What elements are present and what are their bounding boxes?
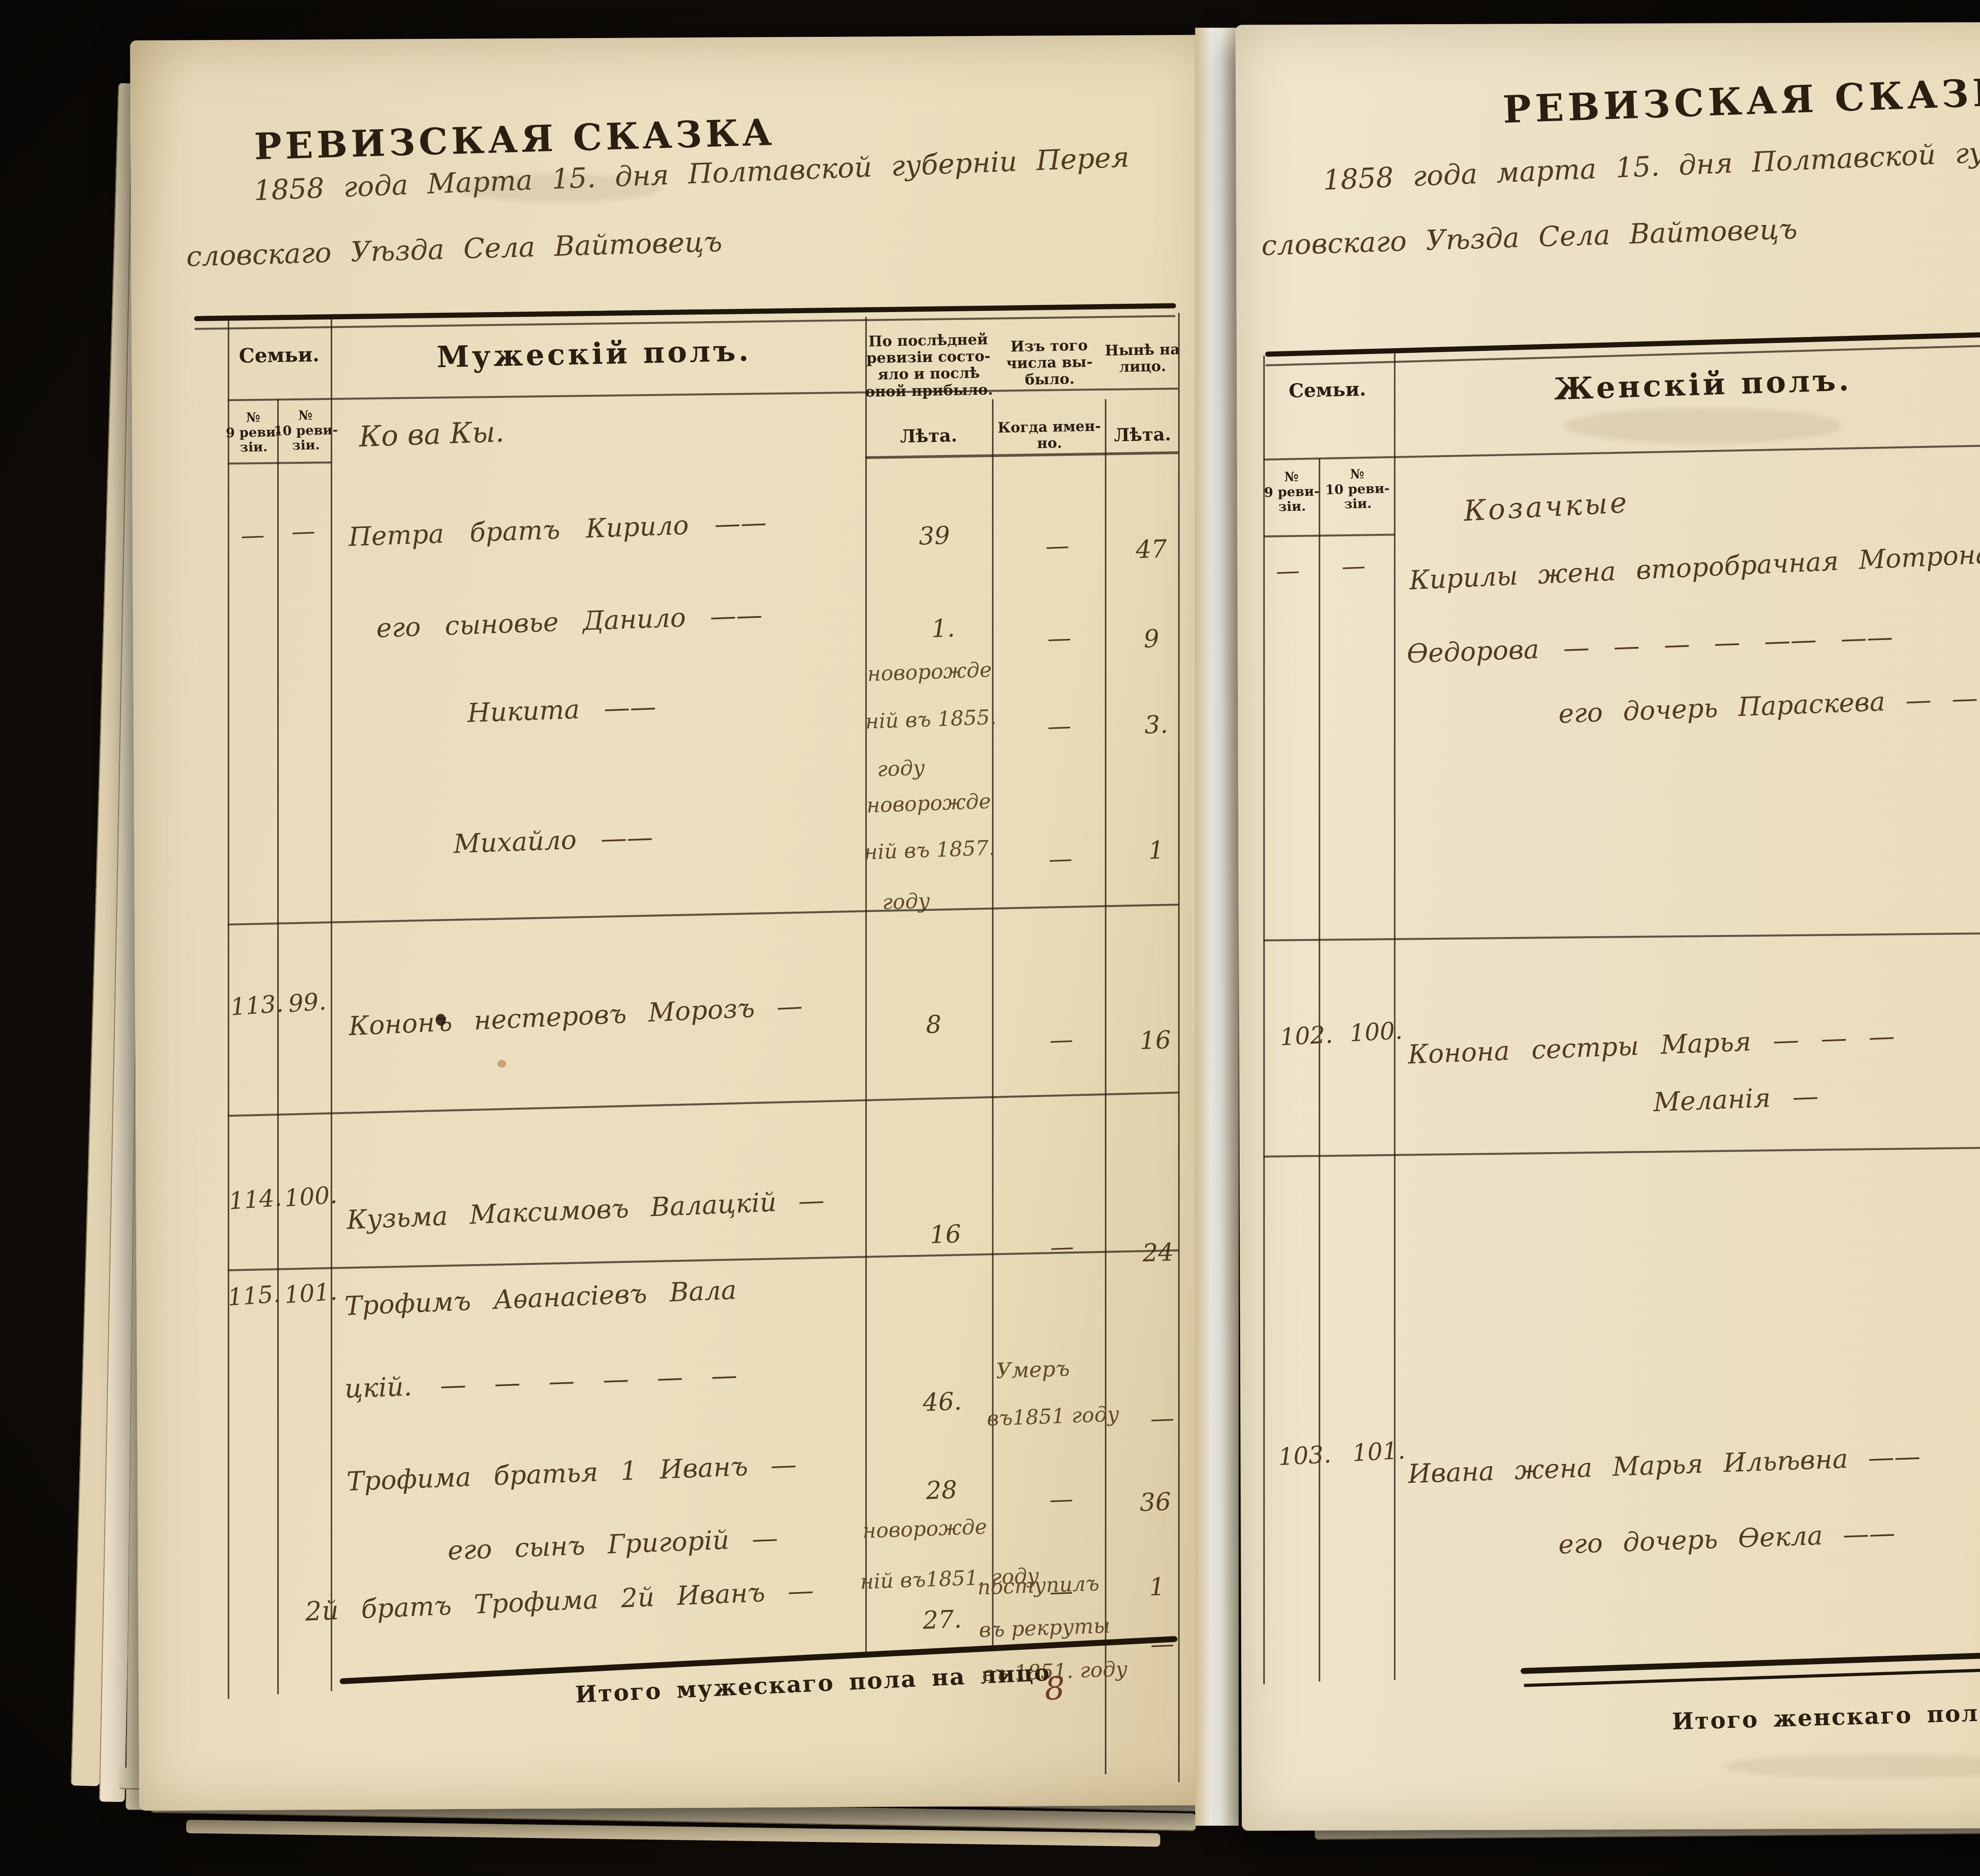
cell-when: — — [1047, 712, 1072, 740]
cell-num9: — — [1276, 557, 1300, 585]
cell-when: — — [1048, 845, 1073, 873]
right-col-family: Семьи. — [1289, 379, 1367, 402]
left-col-departed: Изъ того числа вы- было. — [1006, 337, 1093, 388]
cell-prev-age: 28 — [925, 1476, 958, 1505]
cell-num9: 103. — [1277, 1441, 1332, 1471]
entry-name: Никита —— — [467, 692, 657, 728]
cell-now-age: — — [1150, 1405, 1175, 1432]
ink-blot — [497, 1060, 506, 1068]
left-col-present: Нынѣ на лицо. — [1105, 341, 1180, 375]
cell-prev-age: 1. — [931, 614, 956, 643]
left-divider-names-prev — [865, 317, 867, 1655]
cell-prev-note: новорожде — [862, 1516, 987, 1543]
ink-blot — [436, 1014, 446, 1026]
entry-name: Меланія — — [1653, 1081, 1819, 1117]
photographed-book-spread: { "corner": { "ink_page_number": "206", … — [0, 0, 1980, 1876]
cell-prev-age: 16 — [929, 1220, 961, 1249]
book-gutter — [1195, 28, 1239, 1826]
cell-when-note: въ рекруты — [979, 1614, 1111, 1642]
left-col-prev-revision: По послѣдней ревизіи состо- яло и послѣ … — [864, 331, 993, 400]
left-col-rev10: № 10 реви- зіи. — [273, 408, 339, 453]
cell-num10: 100. — [1349, 1017, 1403, 1047]
cell-num9: — — [240, 522, 265, 549]
right-table-border-left — [1263, 356, 1265, 1684]
left-divider-rev9-rev10 — [277, 399, 279, 1694]
cell-when: — — [1047, 625, 1072, 652]
cell-now-age: 24 — [1142, 1238, 1174, 1267]
left-col-prev-years: Лѣта. — [900, 425, 957, 447]
cell-num10: — — [291, 518, 316, 545]
cell-when: — — [1045, 532, 1070, 560]
cell-when-note: въ1851 году — [986, 1403, 1119, 1431]
cell-num9: 115. — [227, 1280, 282, 1311]
cell-now-age: — — [1150, 1630, 1175, 1658]
right-divider-rev10-names — [1394, 353, 1396, 1680]
cell-num10: 101. — [284, 1278, 338, 1309]
bleed-through-smudge — [455, 174, 661, 202]
cell-num10: — — [1341, 552, 1366, 580]
cell-now-age: 16 — [1139, 1026, 1171, 1055]
cell-prev-age: 8 — [925, 1010, 942, 1039]
cell-num10: 100. — [284, 1181, 338, 1212]
cell-now-age: 36 — [1139, 1488, 1171, 1517]
cell-num10: 101. — [1352, 1437, 1406, 1467]
left-col-departed-when: Когда имен- но. — [998, 418, 1101, 453]
cell-num9: 114. — [228, 1184, 283, 1215]
bleed-through-smudge — [1564, 408, 1841, 444]
cell-prev-note: новорожде — [867, 659, 992, 686]
cell-prev-note: ній въ 1855. — [865, 706, 997, 734]
left-table-border-right — [1178, 313, 1180, 1782]
left-estate-note: Ко ва Кы. — [358, 415, 505, 453]
right-col-rev10: № 10 реви- зіи. — [1325, 466, 1390, 512]
cell-prev-age: 46. — [922, 1387, 962, 1417]
cell-prev-age: 39 — [918, 522, 950, 550]
cell-prev-note: ній въ 1857. — [864, 836, 996, 865]
cell-when-note: Умеръ — [996, 1356, 1070, 1383]
cell-now-age: 3. — [1144, 710, 1169, 739]
left-divider-prev-when — [992, 399, 994, 1649]
cell-now-age: 47 — [1135, 535, 1167, 564]
cell-prev-note: новорожде — [866, 790, 991, 818]
left-col-family: Семьи. — [239, 343, 320, 367]
left-col-present-years: Лѣта. — [1114, 424, 1171, 446]
cell-now-age: 1 — [1149, 1573, 1165, 1601]
cell-num9: 113. — [230, 990, 284, 1021]
cell-when: — — [1050, 1233, 1074, 1261]
left-col-gender: Мужескій полъ. — [436, 334, 752, 374]
cell-now-age: 1 — [1148, 836, 1165, 865]
cell-now-age: 9 — [1143, 625, 1160, 653]
right-col-rev9: № 9 реви- зіи. — [1264, 469, 1320, 514]
left-table-border-left — [228, 319, 229, 1699]
cell-when-note: поступилъ — [977, 1572, 1100, 1600]
cell-num9: 102. — [1279, 1021, 1333, 1051]
right-page — [1236, 21, 1980, 1831]
cell-num10: 99. — [287, 988, 327, 1018]
left-divider-rev10-names — [331, 319, 332, 1691]
cell-prev-note: году — [877, 756, 925, 781]
cell-when: — — [1049, 1486, 1074, 1513]
left-total-value: 8 — [1044, 1670, 1065, 1707]
cell-when: — — [1049, 1026, 1074, 1054]
right-divider-rev9-rev10 — [1319, 459, 1320, 1682]
left-divider-when-now — [1105, 399, 1106, 1774]
cell-prev-age: 27. — [922, 1605, 962, 1634]
